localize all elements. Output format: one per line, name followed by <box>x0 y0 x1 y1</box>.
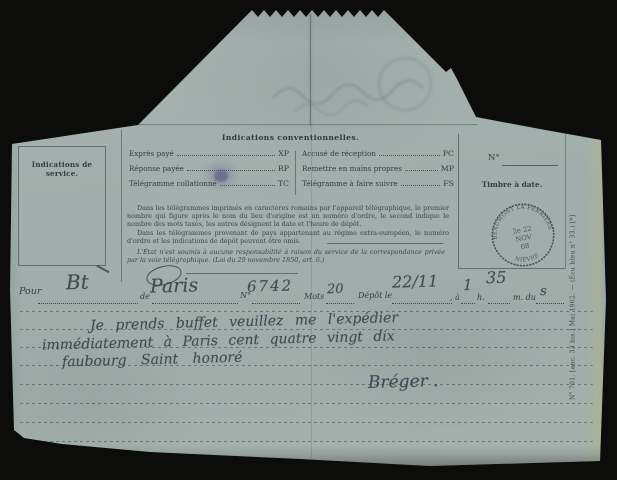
handwritten-depot-date: 22/11 <box>392 271 439 291</box>
conventions-code: FS <box>443 179 454 188</box>
conventions-code: RP <box>278 164 289 173</box>
timbre-a-date-label: Timbre à date. <box>462 180 562 189</box>
h-label: h. <box>477 293 485 302</box>
conventions-label: Accusé de réception <box>302 149 376 158</box>
destinataire-blank <box>38 302 138 304</box>
legal-notice: L'État n'est soumis à aucune responsabil… <box>127 249 445 265</box>
dotted-leader <box>401 185 441 186</box>
dotted-leader <box>405 170 438 171</box>
conventions-code: XP <box>278 149 289 158</box>
heure-blank <box>461 302 475 304</box>
service-indications-label: Indications de service. <box>19 147 105 178</box>
handwritten-destinataire: Bt <box>66 270 89 295</box>
ruled-line <box>20 403 596 404</box>
conventions-label: Remettre en mains propres <box>302 164 402 173</box>
conventions-code: MP <box>441 164 454 173</box>
a-label: , à <box>450 293 460 302</box>
pour-label: Pour <box>19 286 41 297</box>
number-label: N° <box>488 153 500 163</box>
service-indications-box: Indications de service. <box>18 146 106 266</box>
handwritten-origine: Paris <box>150 274 199 297</box>
periode-blank <box>536 302 564 304</box>
show-through-ghost-marks <box>265 50 480 125</box>
origine-blank <box>152 302 238 304</box>
ruled-line <box>20 384 596 385</box>
stamp-center-line3: 08 <box>520 242 530 251</box>
paper-gummed-edge <box>586 136 602 466</box>
conventions-code: TC <box>278 179 289 188</box>
conventions-column-divider <box>295 151 296 195</box>
conventions-label: Télégramme à faire suivre <box>302 179 398 188</box>
conventions-row: Accusé de réception PC <box>302 149 454 164</box>
conventions-label: Réponse payée <box>129 164 184 173</box>
conventions-right-column: Accusé de réception PC Remettre en mains… <box>302 149 454 194</box>
bottom-edge-shadow <box>0 446 617 468</box>
conventions-row: Télégramme à faire suivre FS <box>302 179 454 194</box>
m-du-label: m. du <box>513 293 536 302</box>
message-line-3: faubourg Saint honoré <box>62 350 243 371</box>
conventions-code: PC <box>443 149 454 158</box>
depot-label: Dépôt le <box>358 291 392 300</box>
ink-smudge-dot <box>214 170 228 182</box>
conventions-title: Indications conventionnelles. <box>128 133 453 142</box>
handwritten-numero: 6742 <box>247 276 294 295</box>
conventions-row: Remettre en mains propres MP <box>302 164 454 179</box>
mots-blank <box>326 302 354 304</box>
scan-background: Indications de service. Indications conv… <box>0 0 617 480</box>
number-blank-line <box>502 165 558 166</box>
telegram-paper: Indications de service. Indications conv… <box>0 0 617 480</box>
depot-blank <box>392 302 452 304</box>
de-label: de <box>140 292 150 301</box>
pen-tick-mark <box>96 265 109 273</box>
ruled-line <box>20 441 596 442</box>
ruled-line <box>20 422 596 423</box>
handwritten-periode: s <box>540 284 547 299</box>
numero-blank <box>252 302 300 304</box>
mots-label: Mots <box>304 292 324 301</box>
handwritten-mots: 20 <box>327 282 344 297</box>
svg-text:NIÈVRE: NIÈVRE <box>513 252 541 265</box>
stamp-dept-arc: NIÈVRE <box>513 252 541 265</box>
minutes-blank <box>488 302 510 304</box>
handwritten-minutes: 35 <box>486 268 507 288</box>
notice-paragraph-1: Dans les télégrammes imprimés en caractè… <box>127 205 449 228</box>
notice-separator <box>327 243 443 244</box>
legal-separator <box>186 273 298 274</box>
dotted-leader <box>177 155 275 156</box>
postmark-stamp: BEAUMONT LA FERRIÈRE NIÈVRE 2e 22 NOV 08 <box>478 190 568 280</box>
dotted-leader <box>379 155 440 156</box>
conventions-label: Exprès payé <box>129 149 174 158</box>
signature: Bréger . <box>368 371 439 393</box>
panel-divider-left <box>121 130 122 282</box>
handwritten-heure: 1 <box>463 276 473 294</box>
